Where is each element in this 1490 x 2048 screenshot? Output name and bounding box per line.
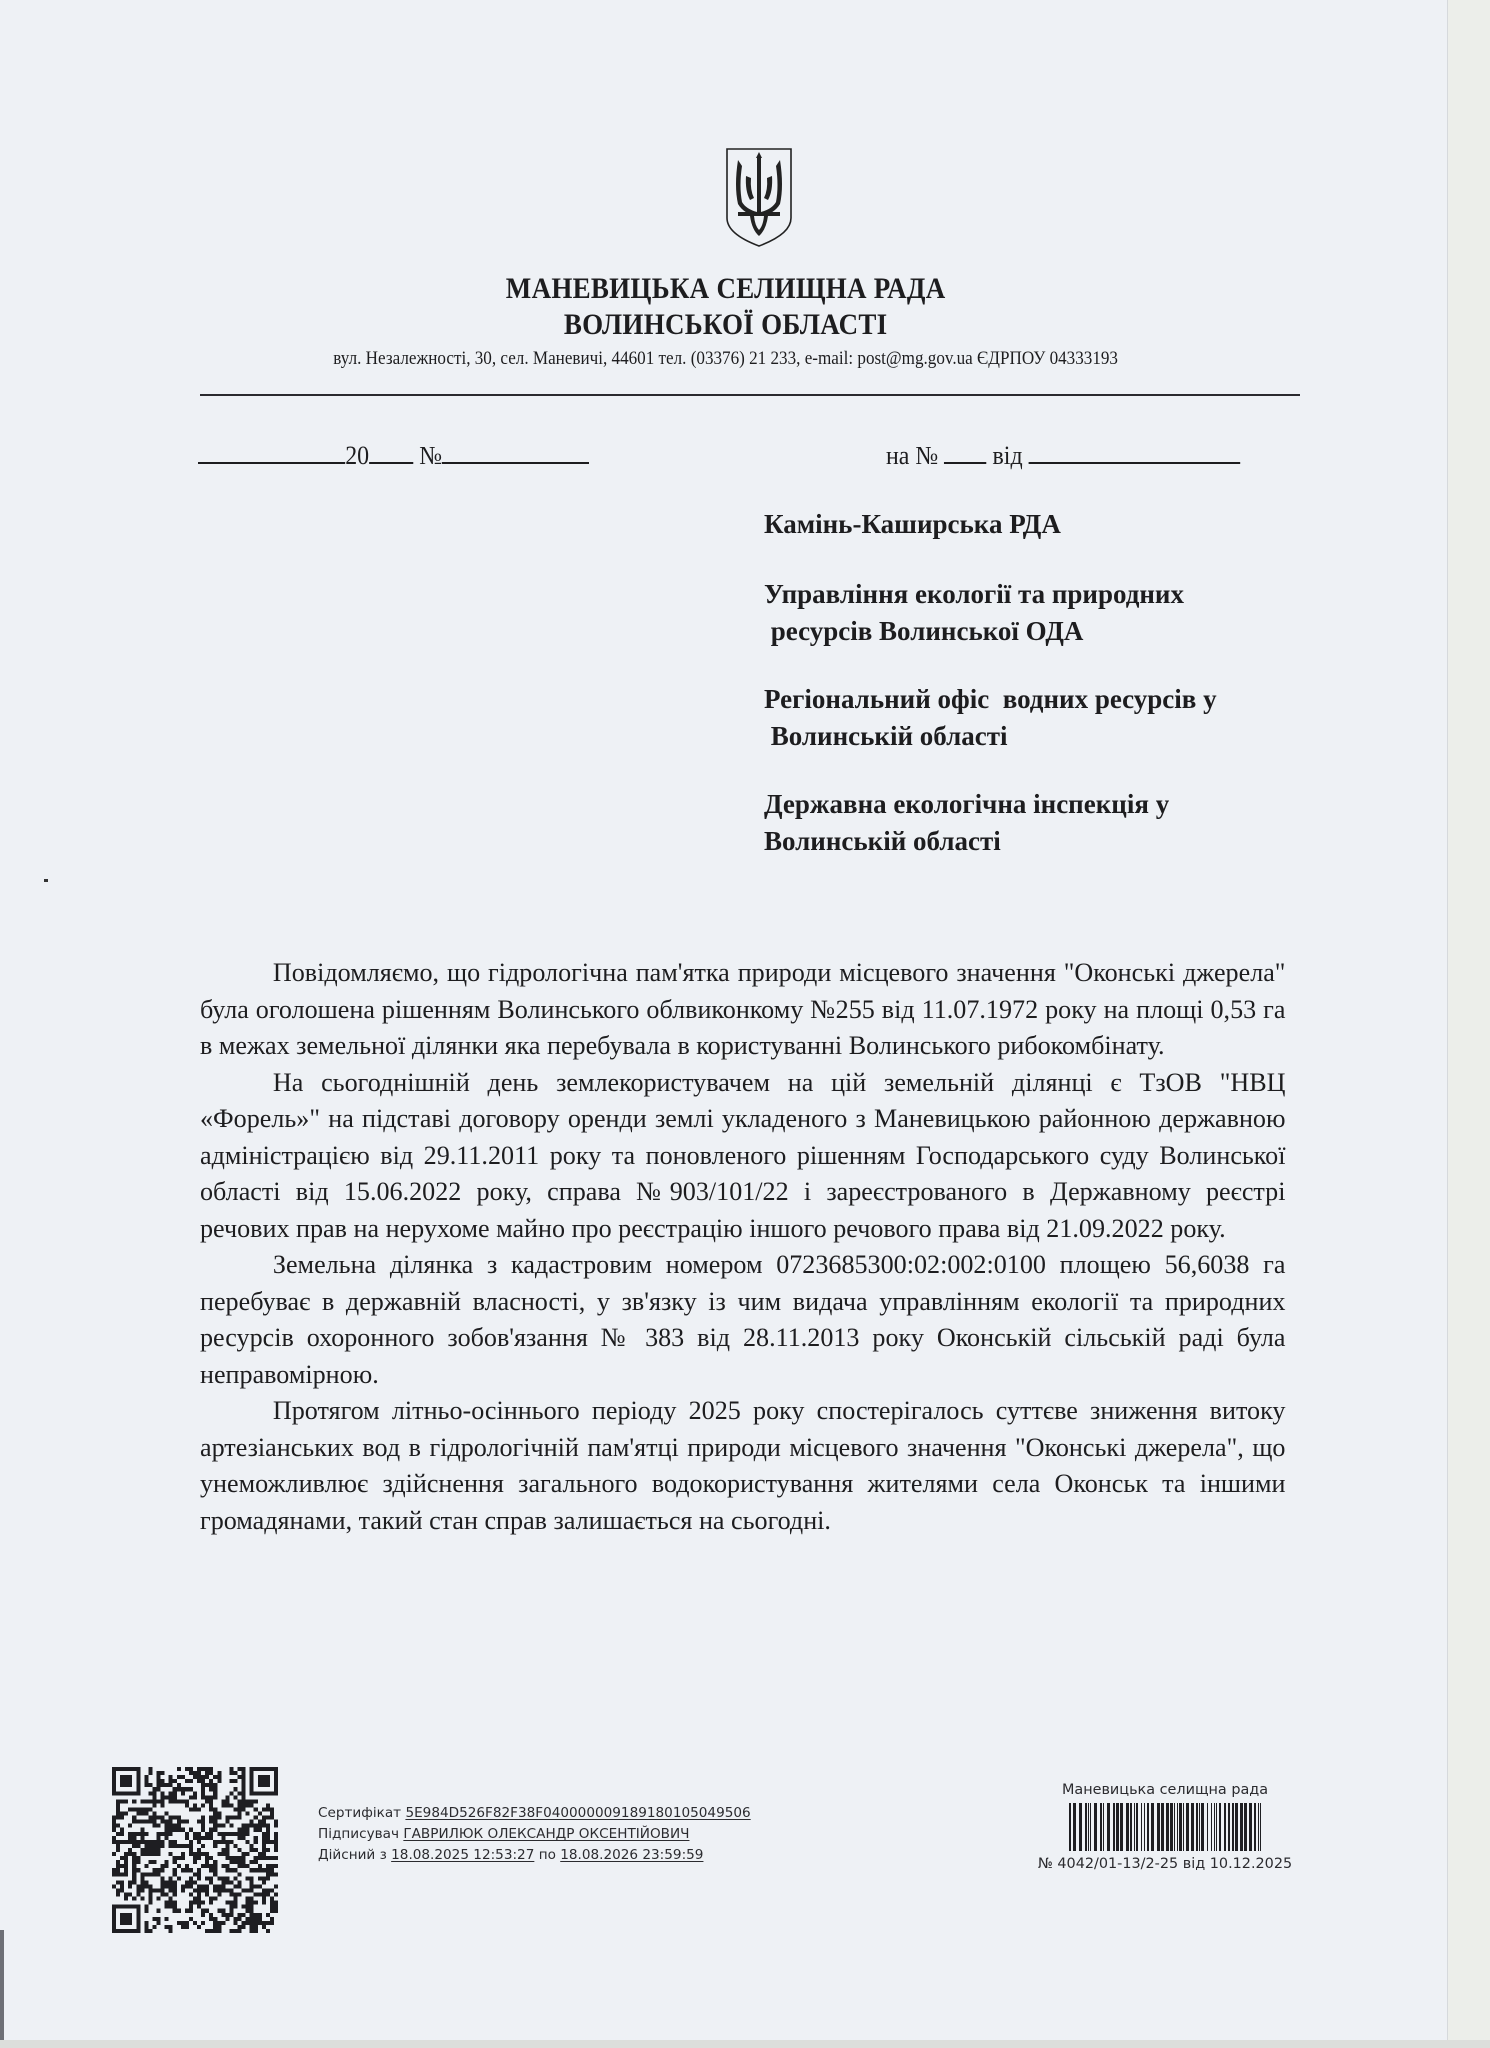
validity-row: Дійсний з 18.08.2025 12:53:27 по 18.08.2… [318,1845,751,1866]
body-paragraph: Протягом літньо-осіннього періоду 2025 р… [200,1392,1285,1538]
recipient-line: Регіональний офіс водних ресурсів у [764,681,1344,718]
body-paragraph: На сьогоднішній день землекористувачем н… [200,1064,1285,1247]
recipient-line: Управління екології та природних [764,576,1344,613]
reply-from: від [993,441,1023,470]
recipient-line: ресурсів Волинської ОДА [764,613,1344,650]
certificate-label: Сертифікат [318,1805,401,1821]
scan-speck [44,879,48,882]
recipient: Державна екологічна інспекція у Волинськ… [764,786,1344,860]
reply-number-blank [944,438,986,464]
recipient-line: Волинській області [764,718,1344,755]
reply-prefix: на № [886,441,938,470]
year-prefix: 20 [345,441,369,470]
organization-region: ВОЛИНСЬКОЇ ОБЛАСТІ [75,308,1377,342]
signer-row: Підписувач ГАВРИЛЮК ОЛЕКСАНДР ОКСЕНТІЙОВ… [318,1824,751,1845]
number-blank [442,438,589,464]
certificate-value: 5E984D526F82F38F0400000091891801050495​0… [405,1805,750,1821]
certificate-row: Сертифікат 5E984D526F82F38F0400000091891… [318,1803,751,1824]
year-blank [369,438,413,464]
valid-to-value: 18.08.2026 23:59:59 [560,1847,703,1863]
letter-body: Повідомляємо, що гідрологічна пам'ятка п… [200,954,1285,1538]
recipient: Регіональний офіс водних ресурсів у Воли… [764,681,1344,755]
recipient: Управління екології та природних ресурсі… [764,576,1344,650]
organization-name: МАНЕВИЦЬКА СЕЛИЩНА РАДА [75,272,1377,306]
valid-from-value: 18.08.2025 12:53:27 [391,1847,534,1863]
reply-registration: на № від [886,438,1240,471]
recipient-line: Камінь-Каширська РДА [764,506,1344,543]
registration-number: № 4042/01-13/2-25 від 10.12.2025 [1002,1855,1328,1873]
trident-coat-of-arms-icon [724,146,794,248]
organization-address: вул. Незалежності, 30, сел. Маневичі, 44… [75,348,1377,370]
body-paragraph: Повідомляємо, що гідрологічна пам'ятка п… [200,954,1285,1064]
recipient-line: Державна екологічна інспекція у [764,786,1344,823]
number-sign: № [419,441,442,470]
digital-signature-info: Сертифікат 5E984D526F82F38F0400000091891… [318,1803,751,1866]
valid-from-label: Дійсний з [318,1847,387,1863]
recipient: Камінь-Каширська РДА [764,506,1344,543]
signer-label: Підписувач [318,1826,399,1842]
recipient-line: Волинській області [764,823,1344,860]
header-divider [200,394,1300,396]
valid-to-label: по [539,1847,556,1863]
body-paragraph: Земельна ділянка з кадастровим номером 0… [200,1246,1285,1392]
qr-code-icon [112,1767,278,1933]
outgoing-registration: 20 № [198,438,589,471]
scan-margin [1448,0,1490,2048]
scan-bottom-edge [0,2040,1490,2048]
reply-date-blank [1029,438,1241,464]
stamp-title: Маневицька селищна рада [1002,1781,1328,1799]
barcode-icon [1065,1803,1265,1851]
recipients-block: Камінь-Каширська РДА Управління екології… [764,506,1344,891]
scan-left-shadow [0,1930,4,2040]
date-blank [198,438,345,464]
registry-stamp: Маневицька селищна рада № 4042/01-13/2-2… [1002,1781,1328,1873]
signer-value: ГАВРИЛЮК ОЛЕКСАНДР ОКСЕНТІЙОВИЧ [403,1826,689,1842]
